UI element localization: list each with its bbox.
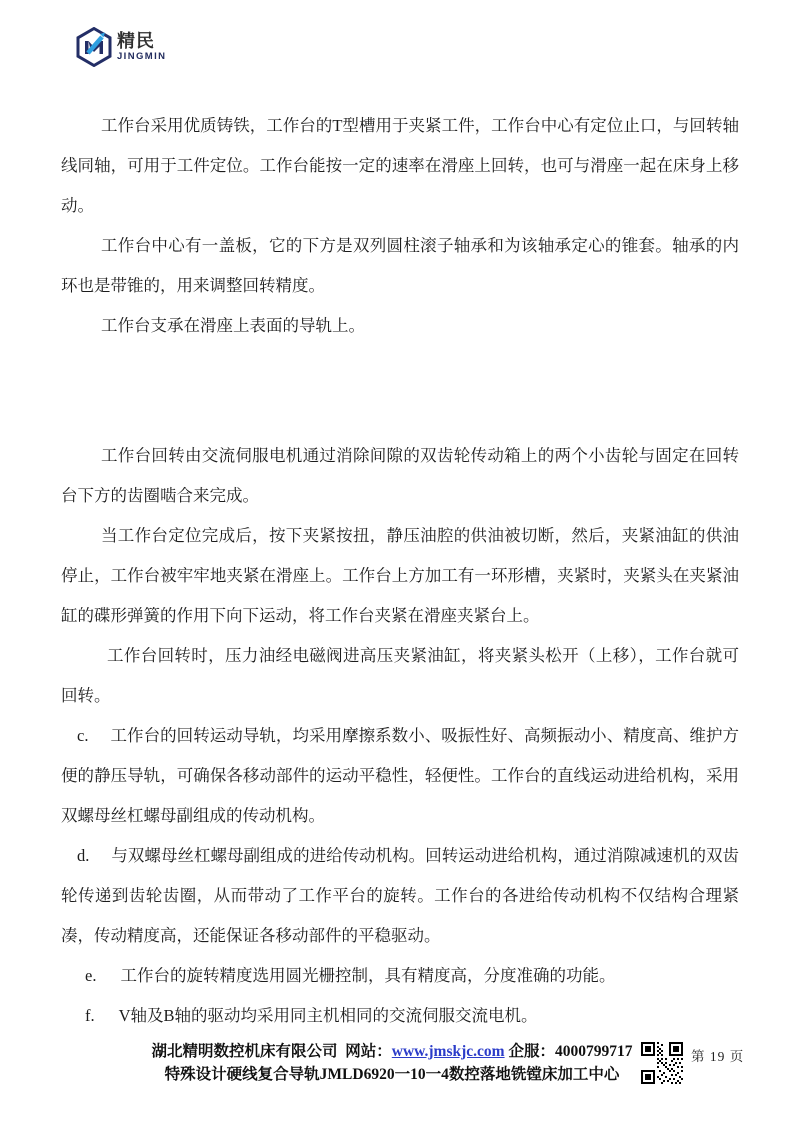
footer-service-label: 企服： (508, 1043, 555, 1060)
list-item-text: 工作台的旋转精度选用圆光栅控制，具有精度高，分度准确的功能。 (120, 966, 615, 985)
paragraph-unclamping: 工作台回转时，压力油经电磁阀进高压夹紧油缸，将夹紧头松开（上移），工作台就可回转… (61, 636, 739, 716)
hexagon-m-logo-icon (76, 27, 112, 67)
logo-name-english: JINGMIN (117, 52, 166, 62)
company-logo: 精民 JINGMIN (76, 27, 166, 67)
list-item-marker: f. (85, 1006, 95, 1025)
footer-service-phone: 4000799717 (555, 1043, 633, 1060)
list-item-text: V轴及B轴的驱动均采用同主机相同的交流伺服交流电机。 (119, 1006, 538, 1025)
logo-name-chinese: 精民 (117, 32, 166, 50)
qr-code-icon (641, 1042, 683, 1084)
blank-gap (61, 346, 739, 436)
paragraph-worktable-cast-iron: 工作台采用优质铸铁，工作台的T型槽用于夹紧工件，工作台中心有定位止口，与回转轴线… (61, 106, 739, 226)
list-item-d: d.与双螺母丝杠螺母副组成的进给传动机构。回转运动进给机构，通过消隙减速机的双齿… (61, 836, 739, 956)
list-item-marker: c. (77, 726, 88, 745)
footer-website-link[interactable]: www.jmskjc.com (392, 1043, 505, 1060)
paragraph-cover-plate: 工作台中心有一盖板，它的下方是双列圆柱滚子轴承和为该轴承定心的锥套。轴承的内环也… (61, 226, 739, 306)
list-item-c: c.工作台的回转运动导轨，均采用摩擦系数小、吸振性好、高频振动小、精度高、维护方… (61, 716, 739, 836)
footer-contact-line: 湖北精明数控机床有限公司 网站：www.jmskjc.com 企服：400079… (122, 1040, 662, 1063)
list-item-e: e.工作台的旋转精度选用圆光栅控制，具有精度高，分度准确的功能。 (61, 956, 739, 996)
list-item-text: 与双螺母丝杠螺母副组成的进给传动机构。回转运动进给机构，通过消隙减速机的双齿轮传… (61, 846, 739, 945)
paragraph-guideway-support: 工作台支承在滑座上表面的导轨上。 (61, 306, 739, 346)
page-number: 第 19 页 (691, 1045, 744, 1065)
footer-website-label: 网站： (345, 1043, 392, 1060)
page-footer: 湖北精明数控机床有限公司 网站：www.jmskjc.com 企服：400079… (122, 1040, 662, 1086)
document-body: 工作台采用优质铸铁，工作台的T型槽用于夹紧工件，工作台中心有定位止口，与回转轴线… (61, 106, 739, 1036)
list-item-marker: d. (77, 846, 89, 865)
document-page: 精民 JINGMIN 工作台采用优质铸铁，工作台的T型槽用于夹紧工件，工作台中心… (0, 0, 800, 1133)
list-item-f: f.V轴及B轴的驱动均采用同主机相同的交流伺服交流电机。 (61, 996, 739, 1036)
paragraph-servo-rotation: 工作台回转由交流伺服电机通过消除间隙的双齿轮传动箱上的两个小齿轮与固定在回转台下… (61, 436, 739, 516)
footer-company-name: 湖北精明数控机床有限公司 (152, 1043, 338, 1060)
list-item-marker: e. (85, 966, 96, 985)
list-item-text: 工作台的回转运动导轨，均采用摩擦系数小、吸振性好、高频振动小、精度高、维护方便的… (61, 726, 739, 825)
paragraph-clamping: 当工作台定位完成后，按下夹紧按扭，静压油腔的供油被切断，然后，夹紧油缸的供油停止… (61, 516, 739, 636)
footer-product-line: 特殊设计硬线复合导轨JMLD6920一10一4数控落地铣镗床加工中心 (122, 1063, 662, 1086)
